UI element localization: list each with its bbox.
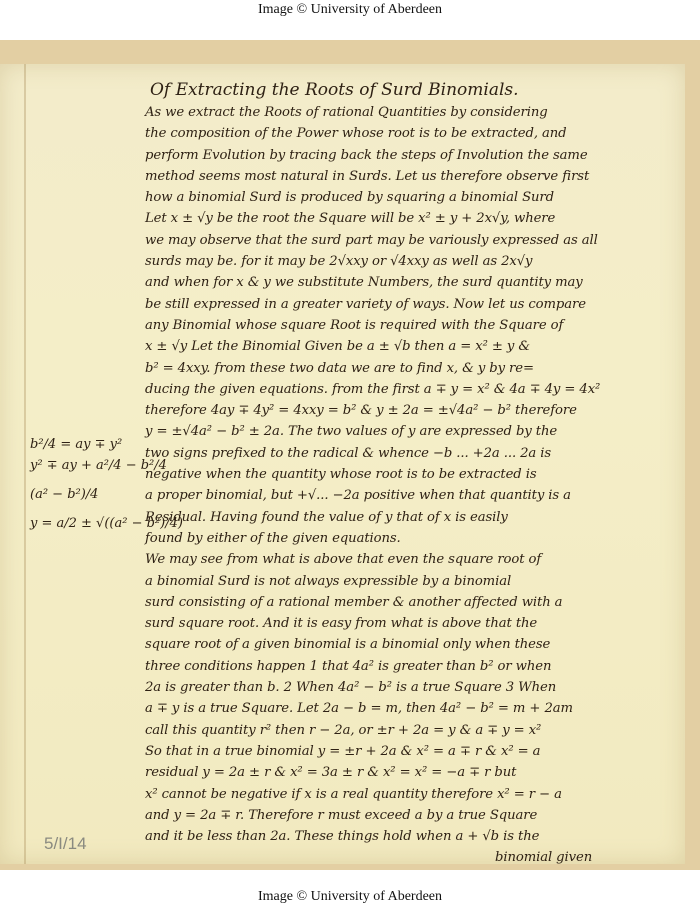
manuscript-line: residual y = 2a ± r & x² = 3a ± r & x² =… [145, 762, 675, 783]
manuscript-body: As we extract the Roots of rational Quan… [145, 102, 675, 869]
manuscript-line: the composition of the Power whose root … [145, 123, 675, 144]
manuscript-line: We may see from what is above that even … [145, 549, 675, 570]
manuscript-line: y = ±√4a² − b² ± 2a. The two values of y… [145, 421, 675, 442]
manuscript-line: Residual. Having found the value of y th… [145, 507, 675, 528]
manuscript-line: ducing the given equations. from the fir… [145, 379, 675, 400]
manuscript-line: a binomial Surd is not always expressibl… [145, 571, 675, 592]
manuscript-line: a proper binomial, but +√... −2a positiv… [145, 485, 675, 506]
manuscript-line: 2a is greater than b. 2 When 4a² − b² is… [145, 677, 675, 698]
manuscript-line: be still expressed in a greater variety … [145, 294, 675, 315]
manuscript-line: surd consisting of a rational member & a… [145, 592, 675, 613]
manuscript-title: Of Extracting the Roots of Surd Binomial… [150, 80, 519, 100]
manuscript-line: So that in a true binomial y = ±r + 2a &… [145, 741, 675, 762]
manuscript-line: x² cannot be negative if x is a real qua… [145, 784, 675, 805]
margin-note: b²/4 = ay ∓ y² [30, 434, 145, 455]
manuscript-line: perform Evolution by tracing back the st… [145, 145, 675, 166]
manuscript-line: a ∓ y is a true Square. Let 2a − b = m, … [145, 698, 675, 719]
manuscript-line: therefore 4ay ∓ 4y² = 4xxy = b² & y ± 2a… [145, 400, 675, 421]
manuscript-line: b² = 4xxy. from these two data we are to… [145, 358, 675, 379]
copyright-credit-bottom: Image © University of Aberdeen [0, 889, 700, 905]
manuscript-line: how a binomial Surd is produced by squar… [145, 187, 675, 208]
margin-note: y² ∓ ay + a²/4 − b²/4 [30, 455, 145, 476]
manuscript-line: surd square root. And it is easy from wh… [145, 613, 675, 634]
manuscript-line: and when for x & y we substitute Numbers… [145, 272, 675, 293]
margin-notes: b²/4 = ay ∓ y² y² ∓ ay + a²/4 − b²/4 (a²… [30, 434, 145, 534]
manuscript-line: As we extract the Roots of rational Quan… [145, 102, 675, 123]
manuscript-line: surds may be. for it may be 2√xxy or √4x… [145, 251, 675, 272]
manuscript-line: three conditions happen 1 that 4a² is gr… [145, 656, 675, 677]
folio-number: 5/I/14 [44, 834, 87, 854]
manuscript-line: x ± √y Let the Binomial Given be a ± √b … [145, 336, 675, 357]
page-fold-line [24, 64, 26, 864]
margin-note: (a² − b²)/4 [30, 484, 145, 505]
manuscript-page: Of Extracting the Roots of Surd Binomial… [0, 64, 685, 864]
manuscript-line: method seems most natural in Surds. Let … [145, 166, 675, 187]
manuscript-line: two signs prefixed to the radical & when… [145, 443, 675, 464]
copyright-credit-top: Image © University of Aberdeen [0, 2, 700, 18]
margin-note: y = a/2 ± √((a² − b²)/4) [30, 513, 145, 534]
manuscript-line: and it be less than 2a. These things hol… [145, 826, 675, 847]
manuscript-line: we may observe that the surd part may be… [145, 230, 675, 251]
manuscript-line: any Binomial whose square Root is requir… [145, 315, 675, 336]
manuscript-line: binomial given [145, 847, 675, 868]
manuscript-line: negative when the quantity whose root is… [145, 464, 675, 485]
manuscript-line: and y = 2a ∓ r. Therefore r must exceed … [145, 805, 675, 826]
manuscript-line: call this quantity r² then r − 2a, or ±r… [145, 720, 675, 741]
manuscript-line: square root of a given binomial is a bin… [145, 634, 675, 655]
manuscript-line: Let x ± √y be the root the Square will b… [145, 208, 675, 229]
manuscript-line: found by either of the given equations. [145, 528, 675, 549]
